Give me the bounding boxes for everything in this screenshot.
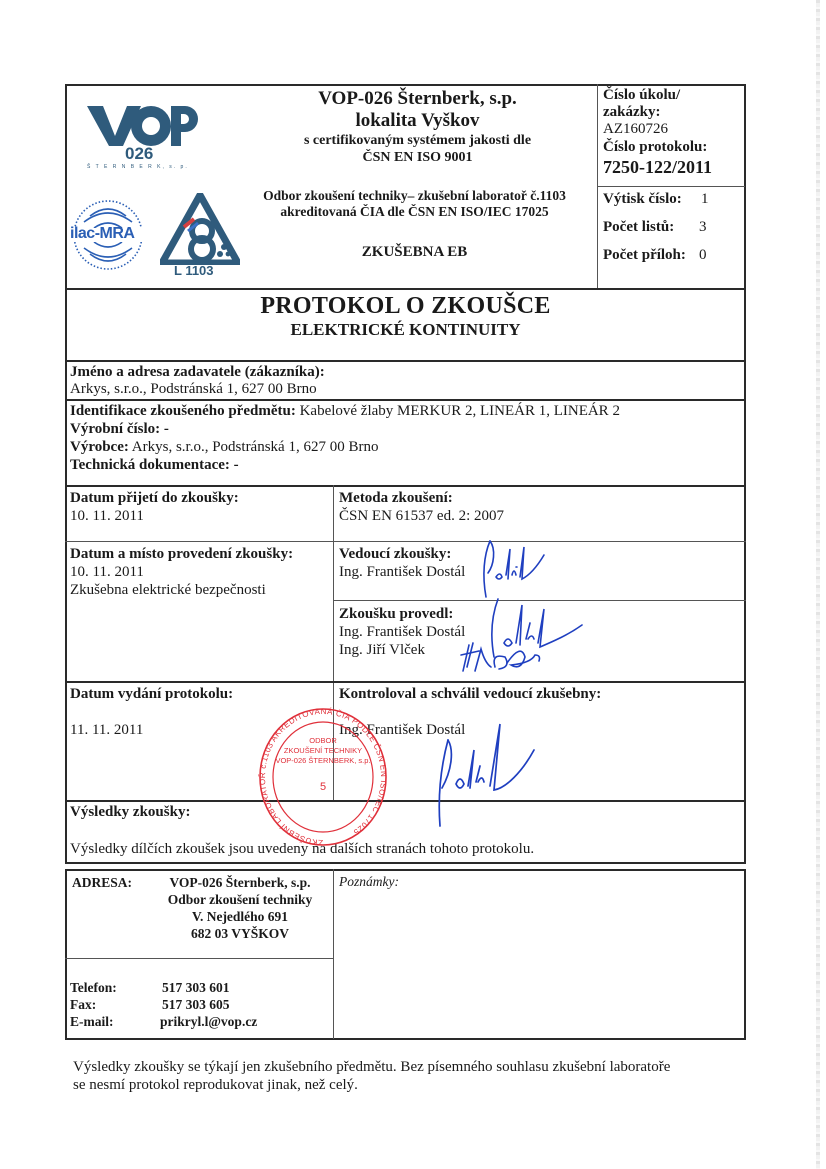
subject-id-label: Identifikace zkoušeného předmětu: (70, 403, 296, 419)
lab-line-2: akreditovaná ČIA dle ČSN EN ISO/IEC 1702… (232, 204, 597, 220)
protocol-value: 7250-122/2011 (603, 156, 743, 178)
serial-number: Výrobní číslo: - (70, 420, 169, 438)
header-lab-block: Odbor zkoušení techniky– zkušební labora… (232, 188, 597, 261)
subject-id-value: Kabelové žlaby MERKUR 2, LINEÁR 1, LINEÁ… (296, 403, 620, 419)
header-org-block: VOP-026 Šternberk, s.p. lokalita Vyškov … (240, 88, 595, 166)
protocol-subtitle: ELEKTRICKÉ KONTINUITY (65, 320, 746, 340)
receipt-date: 10. 11. 2011 (70, 507, 144, 525)
test-place: Zkušebna elektrické bezpečnosti (70, 581, 266, 599)
issue-label: Datum vydání protokolu: (70, 685, 233, 703)
org-locality: lokalita Vyškov (240, 110, 595, 132)
method-value: ČSN EN 61537 ed. 2: 2007 (339, 507, 504, 525)
performed-by-label: Zkoušku provedl: (339, 605, 453, 623)
vop-logo-tagline: Š T E R N B E R K, s. p. (87, 164, 189, 170)
address-line-2: Odbor zkoušení techniky (150, 891, 330, 908)
task-label-2: zakázky: (603, 104, 743, 121)
cia-code: L 1103 (174, 263, 214, 278)
stamp-line-1: ODBOR (258, 736, 388, 746)
email-value[interactable]: prikryl.l@vop.cz (160, 1013, 257, 1030)
attachments-label: Počet příloh: (603, 246, 686, 264)
ilac-mra-logo: ilac-MRA (70, 196, 145, 274)
address-line-4: 682 03 VYŠKOV (150, 925, 330, 942)
subject-id: Identifikace zkoušeného předmětu: Kabelo… (70, 402, 620, 420)
footer-line-2: se nesmí protokol reprodukovat jinak, ne… (73, 1076, 358, 1094)
stamp-number: 5 (258, 782, 388, 792)
phone-label: Telefon: (70, 979, 117, 996)
copy-label: Výtisk číslo: (603, 190, 682, 208)
manufacturer: Výrobce: Arkys, s.r.o., Podstránská 1, 6… (70, 438, 378, 456)
protocol-title: PROTOKOL O ZKOUŠCE (65, 293, 746, 320)
address-line-1: VOP-026 Šternberk, s.p. (150, 874, 330, 891)
technical-docs: Technická dokumentace: - (70, 456, 239, 474)
phone-value: 517 303 601 (162, 979, 230, 996)
copy-value: 1 (701, 190, 709, 208)
stamp-line-3: VOP-026 ŠTERNBERK, s.p. (258, 756, 388, 766)
test-lead-label: Vedoucí zkoušky: (339, 545, 451, 563)
stamp-center: ODBOR ZKOUŠENÍ TECHNIKY VOP-026 ŠTERNBER… (258, 736, 388, 792)
performed-by-name-2: Ing. Jiří Vlček (339, 641, 425, 659)
results-label: Výsledky zkoušky: (70, 803, 190, 821)
task-value: AZ160726 (603, 121, 743, 138)
info-box: Číslo úkolu/ zakázky: AZ160726 Číslo pro… (603, 87, 743, 178)
address-label: ADRESA: (72, 874, 132, 891)
manufacturer-label: Výrobce: (70, 439, 129, 455)
address-line-3: V. Nejedlého 691 (150, 908, 330, 925)
approval-label: Kontroloval a schválil vedoucí zkušebny: (339, 685, 601, 703)
cert-line-1: s certifikovaným systémem jakosti dle (240, 132, 595, 149)
email-label: E-mail: (70, 1013, 114, 1030)
fax-value: 517 303 605 (162, 996, 230, 1013)
footer-line-1: Výsledky zkoušky se týkají jen zkušebníh… (73, 1058, 670, 1076)
cert-line-2: ČSN EN ISO 9001 (240, 149, 595, 166)
test-date: 10. 11. 2011 (70, 563, 144, 581)
signature-performed-vlcek (455, 637, 575, 677)
performed-by-name-1: Ing. František Dostál (339, 623, 465, 641)
sheets-value: 3 (699, 218, 707, 236)
client-label: Jméno a adresa zadavatele (zákazníka): (70, 363, 325, 381)
lab-name: ZKUŠEBNA EB (232, 244, 597, 261)
org-name: VOP-026 Šternberk, s.p. (240, 88, 595, 110)
vop-logo-number: 026 (125, 144, 153, 164)
signature-approval (430, 710, 540, 830)
scan-edge-artifact (816, 0, 820, 1169)
address-block: VOP-026 Šternberk, s.p. Odbor zkoušení t… (150, 874, 330, 942)
client-value: Arkys, s.r.o., Podstránská 1, 627 00 Brn… (70, 380, 317, 398)
manufacturer-value: Arkys, s.r.o., Podstránská 1, 627 00 Brn… (129, 439, 379, 455)
test-place-label: Datum a místo provedení zkoušky: (70, 545, 293, 563)
test-lead-name: Ing. František Dostál (339, 563, 465, 581)
method-label: Metoda zkoušení: (339, 489, 453, 507)
cia-accreditation-icon (160, 193, 240, 265)
receipt-label: Datum přijetí do zkoušky: (70, 489, 239, 507)
task-label: Číslo úkolu/ (603, 87, 743, 104)
protocol-label: Číslo protokolu: (603, 138, 743, 156)
issue-date: 11. 11. 2011 (70, 721, 143, 739)
sheets-label: Počet listů: (603, 218, 674, 236)
notes-label: Poznámky: (339, 873, 399, 891)
laboratory-stamp: ZKUŠEBNÍ LABORATOŘ č.1103 AKREDITOVANÁ Č… (258, 703, 388, 853)
lab-line-1: Odbor zkoušení techniky– zkušební labora… (232, 188, 597, 204)
attachments-value: 0 (699, 246, 707, 264)
cia-accreditation-logo: L 1103 (160, 193, 240, 283)
fax-label: Fax: (70, 996, 96, 1013)
stamp-line-2: ZKOUŠENÍ TECHNIKY (258, 746, 388, 756)
ilac-mra-text: ilac-MRA (70, 225, 134, 243)
vop-logo: 026 Š T E R N B E R K, s. p. (85, 100, 200, 170)
